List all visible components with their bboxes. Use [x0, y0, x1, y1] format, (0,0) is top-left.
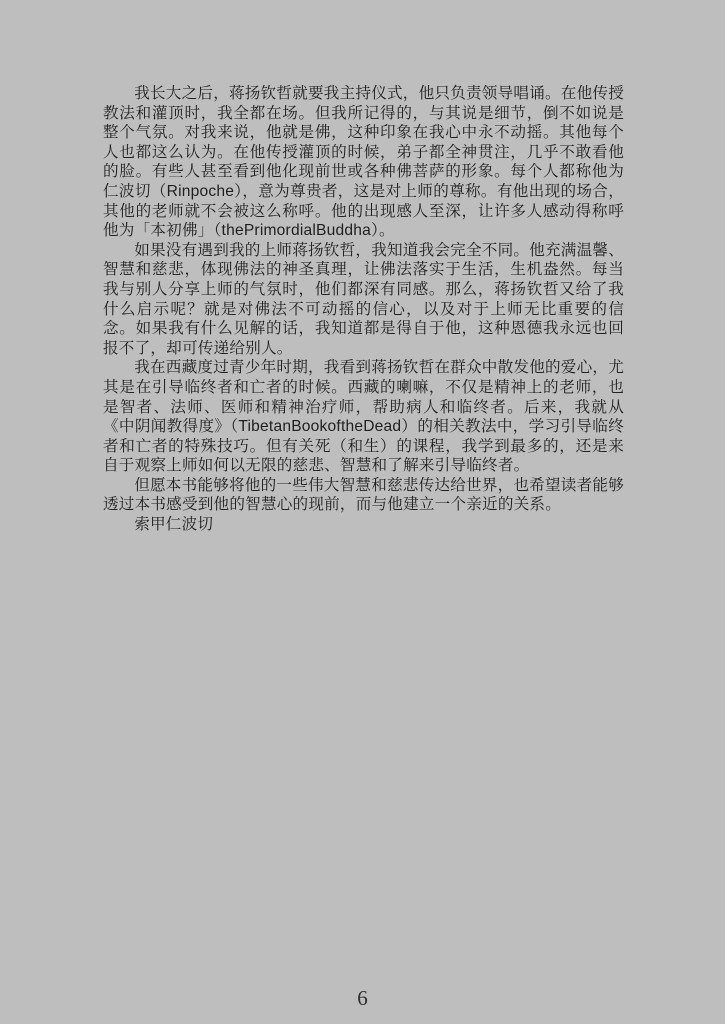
paragraph-4: 但愿本书能够将他的一些伟大智慧和慈悲传达给世界，也希望读者能够透过本书感受到他的… [103, 476, 624, 515]
paragraph-1: 我长大之后，蒋扬钦哲就要我主持仪式，他只负责领导唱诵。在他传授教法和灌顶时，我全… [103, 84, 624, 241]
page-number: 6 [0, 986, 725, 1011]
body-text-block: 我长大之后，蒋扬钦哲就要我主持仪式，他只负责领导唱诵。在他传授教法和灌顶时，我全… [103, 84, 624, 535]
paragraph-2: 如果没有遇到我的上师蒋扬钦哲，我知道我会完全不同。他充满温馨、智慧和慈悲，体现佛… [103, 241, 624, 359]
document-page: 我长大之后，蒋扬钦哲就要我主持仪式，他只负责领导唱诵。在他传授教法和灌顶时，我全… [0, 0, 725, 1024]
author-signature: 索甲仁波切 [103, 515, 624, 535]
paragraph-3: 我在西藏度过青少年时期，我看到蒋扬钦哲在群众中散发他的爱心，尤其是在引导临终者和… [103, 358, 624, 476]
